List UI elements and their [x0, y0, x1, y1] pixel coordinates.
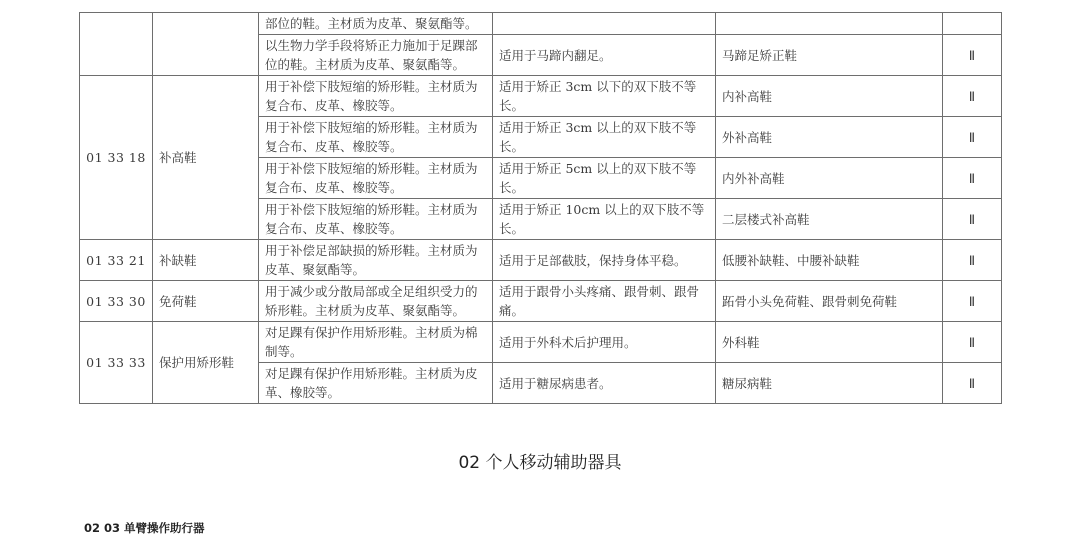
description-cell: 以生物力学手段将矫正力施加于足踝部位的鞋。主材质为皮革、聚氨酯等。 [259, 35, 493, 76]
example-cell: 内补高鞋 [716, 76, 943, 117]
description-cell: 用于补偿下肢短缩的矫形鞋。主材质为复合布、皮革、橡胶等。 [259, 158, 493, 199]
name-cell: 补缺鞋 [153, 240, 259, 281]
catalog-table: 部位的鞋。主材质为皮革、聚氨酯等。 以生物力学手段将矫正力施加于足踝部位的鞋。主… [79, 12, 1002, 404]
use-cell: 适用于矫正 5cm 以上的双下肢不等长。 [493, 158, 716, 199]
description-cell: 部位的鞋。主材质为皮革、聚氨酯等。 [259, 13, 493, 35]
class-cell: Ⅱ [943, 76, 1002, 117]
class-cell: Ⅱ [943, 281, 1002, 322]
description-cell: 用于补偿下肢短缩的矫形鞋。主材质为复合布、皮革、橡胶等。 [259, 199, 493, 240]
example-cell: 糖尿病鞋 [716, 363, 943, 404]
description-cell: 对足踝有保护作用矫形鞋。主材质为棉制等。 [259, 322, 493, 363]
code-cell: 01 33 18 [80, 76, 153, 240]
example-cell: 低腰补缺鞋、中腰补缺鞋 [716, 240, 943, 281]
use-cell: 适用于糖尿病患者。 [493, 363, 716, 404]
class-cell: Ⅱ [943, 117, 1002, 158]
use-cell: 适用于跟骨小头疼痛、跟骨刺、跟骨痛。 [493, 281, 716, 322]
description-cell: 用于补偿下肢短缩的矫形鞋。主材质为复合布、皮革、橡胶等。 [259, 76, 493, 117]
use-cell: 适用于矫正 10cm 以上的双下肢不等长。 [493, 199, 716, 240]
name-cell: 保护用矫形鞋 [153, 322, 259, 404]
table-row: 部位的鞋。主材质为皮革、聚氨酯等。 [80, 13, 1002, 35]
table-row: 01 33 21 补缺鞋 用于补偿足部缺损的矫形鞋。主材质为皮革、聚氨酯等。 适… [80, 240, 1002, 281]
use-cell: 适用于矫正 3cm 以上的双下肢不等长。 [493, 117, 716, 158]
use-cell: 适用于矫正 3cm 以下的双下肢不等长。 [493, 76, 716, 117]
table-row: 01 33 18 补高鞋 用于补偿下肢短缩的矫形鞋。主材质为复合布、皮革、橡胶等… [80, 76, 1002, 117]
class-cell: Ⅱ [943, 363, 1002, 404]
description-cell: 用于补偿足部缺损的矫形鞋。主材质为皮革、聚氨酯等。 [259, 240, 493, 281]
code-cell: 01 33 21 [80, 240, 153, 281]
use-cell: 适用于足部截肢，保持身体平稳。 [493, 240, 716, 281]
class-cell: Ⅱ [943, 240, 1002, 281]
example-cell: 马蹄足矫正鞋 [716, 35, 943, 76]
use-cell: 适用于外科术后护理用。 [493, 322, 716, 363]
example-cell: 二层楼式补高鞋 [716, 199, 943, 240]
name-cell: 免荷鞋 [153, 281, 259, 322]
table-row: 01 33 30 免荷鞋 用于减少或分散局部或全足组织受力的矫形鞋。主材质为皮革… [80, 281, 1002, 322]
code-cell [80, 13, 153, 76]
code-cell: 01 33 30 [80, 281, 153, 322]
class-cell: Ⅱ [943, 322, 1002, 363]
code-cell: 01 33 33 [80, 322, 153, 404]
name-cell [153, 13, 259, 76]
subsection-title: 02 03 单臂操作助行器 [84, 520, 205, 536]
use-cell [493, 13, 716, 35]
class-cell: Ⅱ [943, 35, 1002, 76]
example-cell: 跖骨小头免荷鞋、跟骨刺免荷鞋 [716, 281, 943, 322]
table-row: 01 33 33 保护用矫形鞋 对足踝有保护作用矫形鞋。主材质为棉制等。 适用于… [80, 322, 1002, 363]
example-cell [716, 13, 943, 35]
example-cell: 外科鞋 [716, 322, 943, 363]
description-cell: 用于补偿下肢短缩的矫形鞋。主材质为复合布、皮革、橡胶等。 [259, 117, 493, 158]
example-cell: 内外补高鞋 [716, 158, 943, 199]
name-cell: 补高鞋 [153, 76, 259, 240]
example-cell: 外补高鞋 [716, 117, 943, 158]
description-cell: 用于减少或分散局部或全足组织受力的矫形鞋。主材质为皮革、聚氨酯等。 [259, 281, 493, 322]
use-cell: 适用于马蹄内翻足。 [493, 35, 716, 76]
class-cell: Ⅱ [943, 199, 1002, 240]
class-cell: Ⅱ [943, 158, 1002, 199]
class-cell [943, 13, 1002, 35]
section-title: 02 个人移动辅助器具 [0, 448, 1080, 473]
description-cell: 对足踝有保护作用矫形鞋。主材质为皮革、橡胶等。 [259, 363, 493, 404]
